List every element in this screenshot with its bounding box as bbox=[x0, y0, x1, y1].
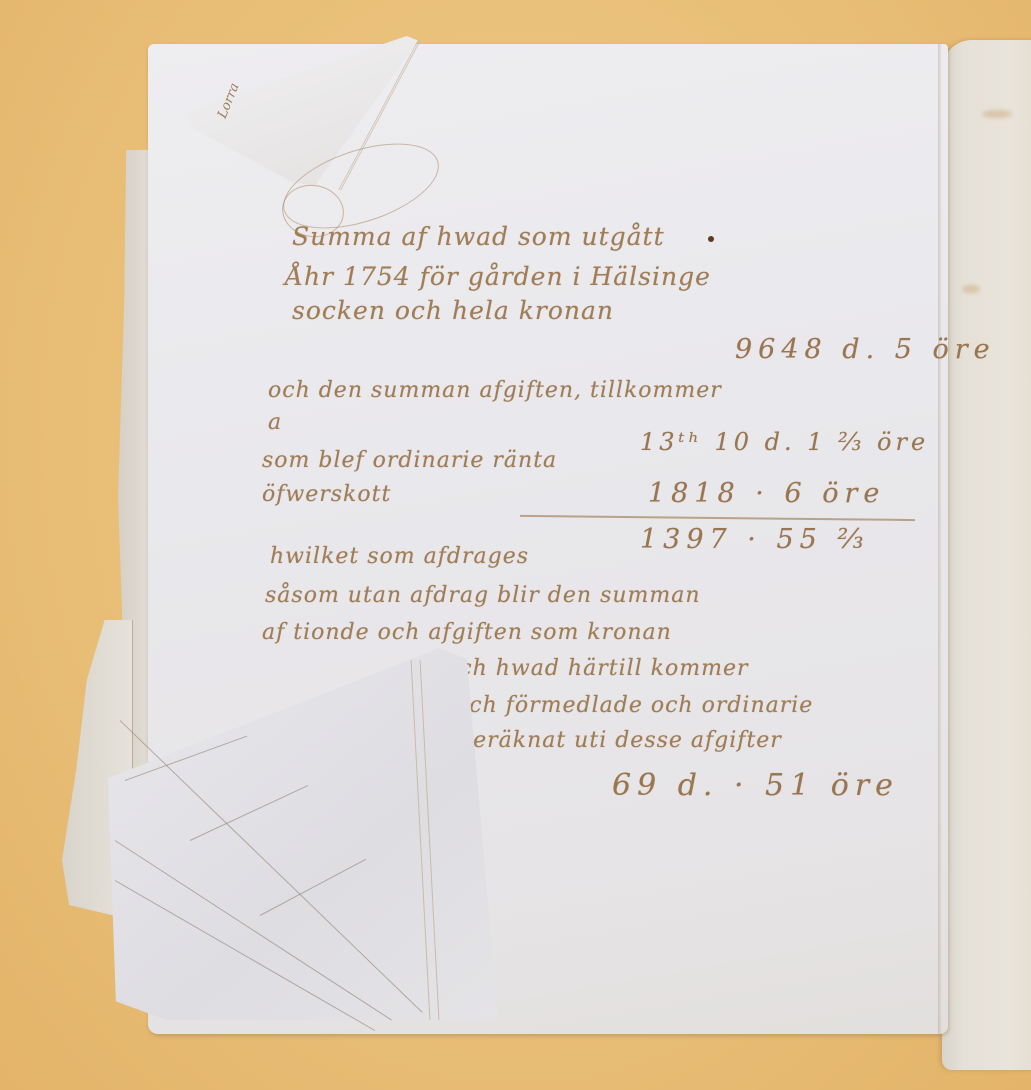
manuscript-amount: 1818 · 6 öre bbox=[648, 478, 885, 509]
manuscript-line: beräknat uti desse afgifter bbox=[458, 728, 782, 753]
stain-mark bbox=[962, 285, 980, 293]
page-spine bbox=[938, 44, 942, 1034]
manuscript-line: som blef ordinarie ränta bbox=[262, 448, 557, 473]
manuscript-line: öfwerskott bbox=[262, 482, 391, 507]
manuscript-line: och förmedlade och ordinarie bbox=[455, 693, 813, 718]
manuscript-line: Summa af hwad som utgått bbox=[292, 222, 665, 251]
manuscript-line: och hwad härtill kommer bbox=[445, 656, 749, 681]
facing-page bbox=[942, 40, 1031, 1070]
manuscript-amount: 9648 d. 5 öre bbox=[735, 334, 996, 365]
manuscript-line: socken och hela kronan bbox=[292, 296, 614, 325]
manuscript-line: såsom utan afdrag blir den summan bbox=[265, 583, 701, 608]
manuscript-line: hwilket som afdrages bbox=[270, 544, 529, 569]
manuscript-amount: 1397 · 55 ⅔ bbox=[640, 524, 870, 555]
ink-blot bbox=[708, 236, 714, 242]
manuscript-line: a bbox=[268, 410, 282, 435]
manuscript-amount: 13ᵗʰ 10 d. 1 ⅔ öre bbox=[640, 428, 929, 456]
manuscript-line: Åhr 1754 för gården i Hälsinge bbox=[285, 262, 711, 291]
manuscript-total: 69 d. · 51 öre bbox=[612, 768, 899, 803]
manuscript-line: af tionde och afgiften som kronan bbox=[262, 620, 672, 645]
stain-mark bbox=[982, 110, 1012, 118]
manuscript-line: och den summan afgiften, tillkommer bbox=[268, 378, 722, 403]
